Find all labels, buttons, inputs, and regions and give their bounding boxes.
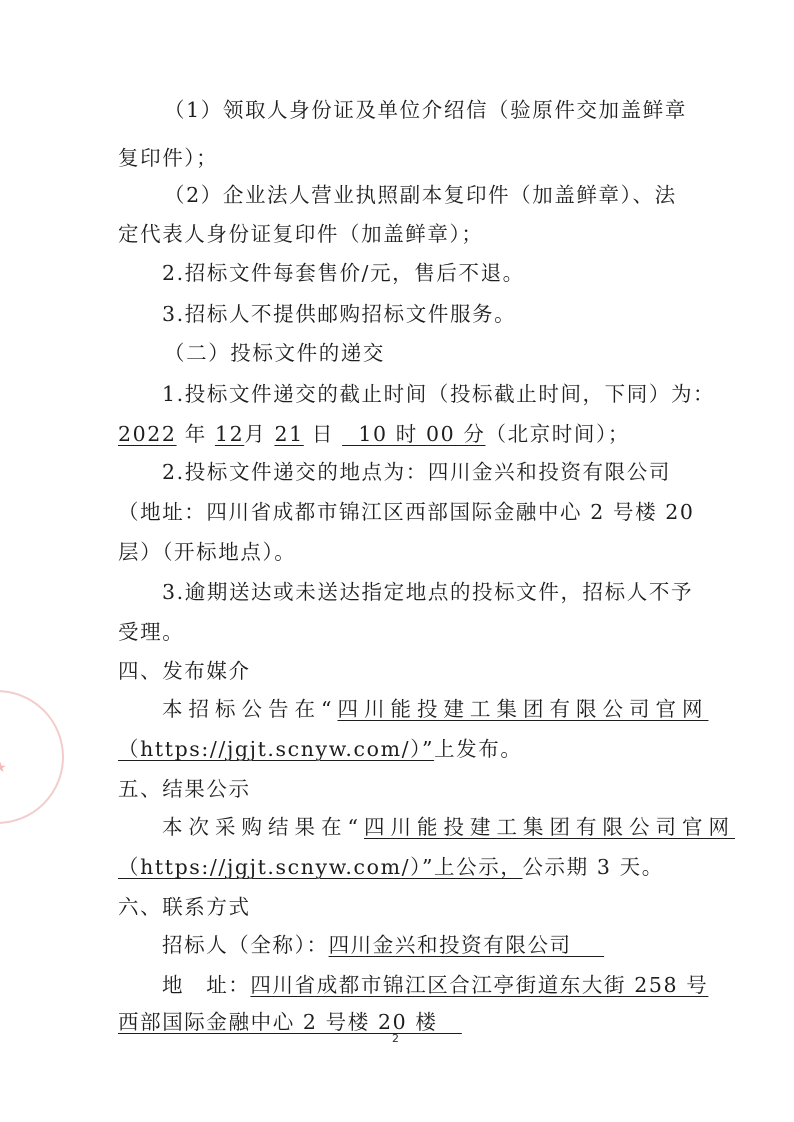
seal-star-icon: ★	[0, 760, 7, 776]
deadline-time: 10 时 00 分	[342, 422, 485, 446]
contact-tenderer-line: 招标人（全称）：四川金兴和投资有限公司	[162, 931, 727, 959]
contact-address: 四川省成都市锦江区合江亭街道东大街 258 号	[250, 973, 708, 997]
deadline-day: 21	[274, 422, 303, 446]
media-line-1: 本招标公告在“四川能投建工集团有限公司官网	[162, 695, 727, 723]
doc-line-address: （地址：四川省成都市锦江区西部国际金融中心 2 号楼 20	[118, 498, 683, 526]
contact-address-cont: 西部国际金融中心 2 号楼 20 楼	[118, 1008, 683, 1036]
doc-line-6: 3.招标人不提供邮购招标文件服务。	[162, 300, 727, 328]
doc-line-late-cont: 受理。	[118, 618, 683, 646]
media-site-url: （https://jgjt.scnyw.com/）”	[118, 737, 434, 761]
contact-address-building: 西部国际金融中心 2 号楼 20 楼	[118, 1010, 462, 1034]
media-line-2: （https://jgjt.scnyw.com/）”上发布。	[118, 735, 683, 763]
doc-line-3: （2）企业法人营业执照副本复印件（加盖鲜章）、法	[164, 181, 729, 209]
doc-line-address-cont: 层）（开标地点）。	[118, 538, 683, 566]
doc-line-late: 3.逾期送达或未送达指定地点的投标文件，招标人不予	[162, 578, 727, 606]
doc-line-location: 2.投标文件递交的地点为：四川金兴和投资有限公司	[162, 458, 727, 486]
document-page: ★ （1）领取人身份证及单位介绍信（验原件交加盖鲜章 复印件）； （2）企业法人…	[0, 0, 794, 1122]
doc-line-1: （1）领取人身份证及单位介绍信（验原件交加盖鲜章	[164, 96, 729, 124]
section-heading-results: 五、结果公示	[118, 775, 683, 803]
section-heading-bid-submission: （二）投标文件的递交	[164, 339, 729, 367]
media-site-name: 四川能投建工集团有限公司官网	[337, 697, 708, 721]
tenderer-name: 四川金兴和投资有限公司	[329, 933, 605, 957]
section-heading-contact: 六、联系方式	[118, 893, 683, 921]
doc-line-2: 复印件）；	[118, 144, 683, 172]
deadline-year: 2022	[118, 422, 177, 446]
results-line-2: （https://jgjt.scnyw.com/）”上公示，公示期 3 天。	[118, 853, 683, 881]
doc-line-deadline: 1.投标文件递交的截止时间（投标截止时间，下同）为：	[162, 380, 727, 408]
page-number: 2	[392, 1032, 399, 1045]
contact-address-line: 地 址：四川省成都市锦江区合江亭街道东大街 258 号	[162, 971, 727, 999]
doc-line-4: 定代表人身份证复印件（加盖鲜章）；	[118, 220, 683, 248]
results-site-url: （https://jgjt.scnyw.com/）”上公示，	[118, 855, 522, 879]
doc-line-5: 2.招标文件每套售价/元，售后不退。	[162, 259, 727, 287]
results-line-1: 本次采购结果在“四川能投建工集团有限公司官网	[162, 813, 727, 841]
section-heading-media: 四、发布媒介	[118, 657, 683, 685]
deadline-month: 12	[215, 422, 244, 446]
deadline-date-line: 2022 年 12月 21 日 10 时 00 分（北京时间）；	[118, 420, 683, 448]
results-site-name: 四川能投建工集团有限公司官网	[364, 815, 735, 839]
company-seal	[0, 690, 64, 824]
